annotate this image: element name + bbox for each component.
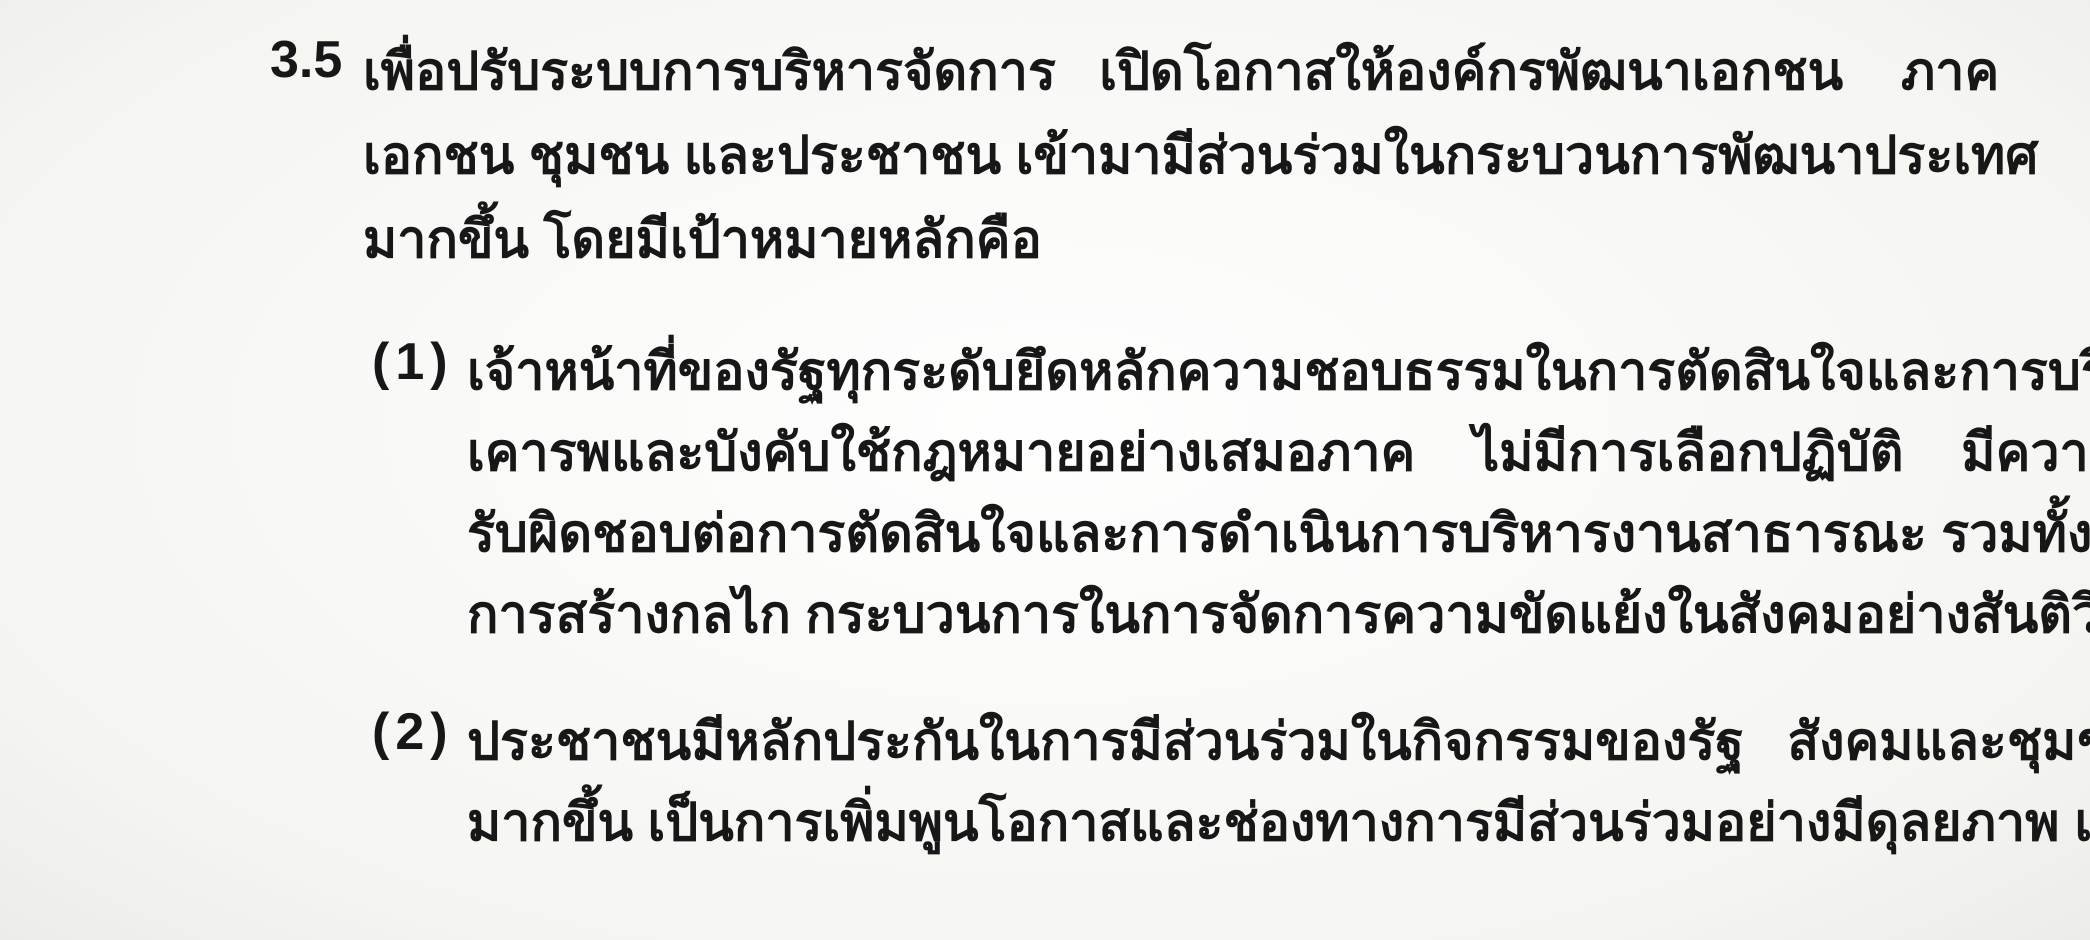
sub-item-1-lines: เจ้าหน้าที่ของรัฐทุกระดับยึดหลักความชอบธ… <box>467 332 2090 656</box>
sub-item-1-number: (1) <box>372 332 467 392</box>
section-heading-lines: เพื่อปรับระบบการบริหารจัดการ เปิดโอกาสให… <box>363 30 2038 282</box>
item-1-line-4: การสร้างกลไก กระบวนการในการจัดการความขัด… <box>467 575 2090 656</box>
section-3-5-heading: 3.5 เพื่อปรับระบบการบริหารจัดการ เปิดโอก… <box>270 30 2038 282</box>
item-1-line-2: เคารพและบังคับใช้กฎหมายอย่างเสมอภาค ไม่ม… <box>467 413 2090 494</box>
sub-item-1: (1) เจ้าหน้าที่ของรัฐทุกระดับยึดหลักความ… <box>372 332 2090 656</box>
heading-line-1: เพื่อปรับระบบการบริหารจัดการ เปิดโอกาสให… <box>363 30 2038 114</box>
sub-item-2-lines: ประชาชนมีหลักประกันในการมีส่วนร่วมในกิจก… <box>467 702 2090 864</box>
section-number: 3.5 <box>270 30 363 90</box>
sub-item-2: (2) ประชาชนมีหลักประกันในการมีส่วนร่วมใน… <box>372 702 2090 864</box>
item-1-line-3: รับผิดชอบต่อการตัดสินใจและการดำเนินการบร… <box>467 494 2090 575</box>
item-2-line-1: ประชาชนมีหลักประกันในการมีส่วนร่วมในกิจก… <box>467 702 2090 783</box>
sub-item-2-number: (2) <box>372 702 467 762</box>
document-page: 3.5 เพื่อปรับระบบการบริหารจัดการ เปิดโอก… <box>0 0 2090 940</box>
item-2-line-2: มากขึ้น เป็นการเพิ่มพูนโอกาสและช่องทางกา… <box>467 783 2090 864</box>
heading-line-2: เอกชน ชุมชน และประชาชน เข้ามามีส่วนร่วมใ… <box>363 114 2038 198</box>
heading-line-3: มากขึ้น โดยมีเป้าหมายหลักคือ <box>363 198 2038 282</box>
item-1-line-1: เจ้าหน้าที่ของรัฐทุกระดับยึดหลักความชอบธ… <box>467 332 2090 413</box>
